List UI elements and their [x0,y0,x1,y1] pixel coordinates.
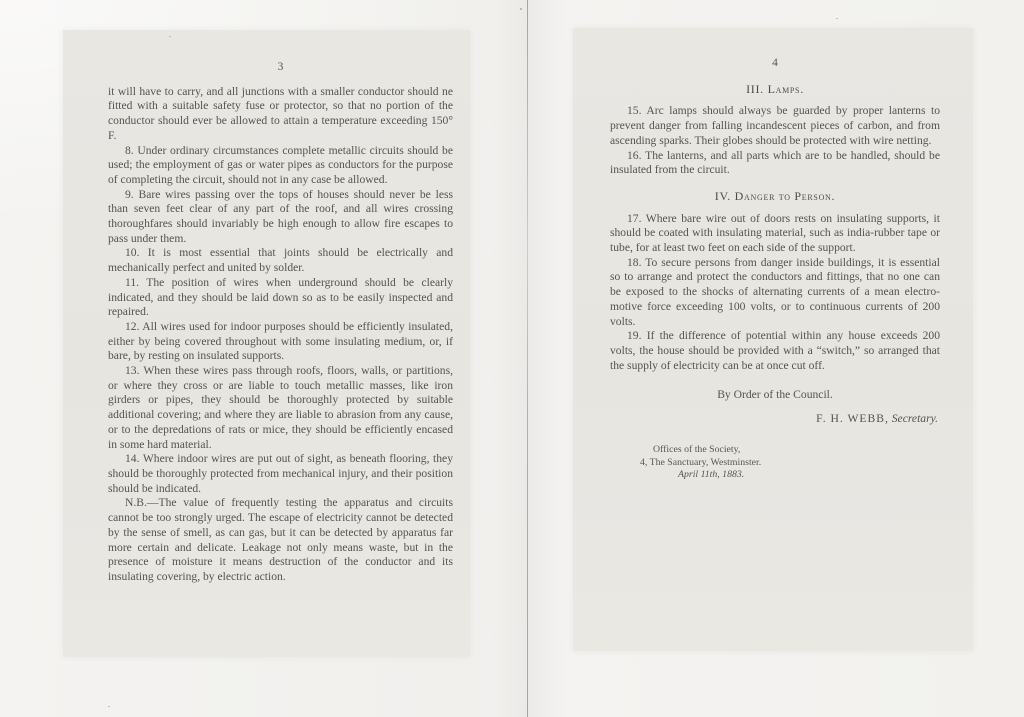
left-page-content: 3 it will have to carry, and all junctio… [63,30,470,585]
paragraph-nota-bene: N.B.—The value of frequently testing the… [108,496,453,584]
section-heading-danger-to-person: IV. Danger to Person. [610,189,940,204]
paragraph-rule-9: 9. Bare wires passing over the tops of h… [108,188,453,247]
paragraph-rule-16: 16. The lanterns, and all parts which ar… [610,149,940,178]
paragraph-rule-11: 11. The position of wires when undergrou… [108,276,453,320]
paragraph-rule-19: 19. If the difference of potential withi… [610,329,940,373]
scan-speck [520,8,522,10]
paragraph-rule-14: 14. Where indoor wires are put out of si… [108,452,453,496]
paragraph-rule-8: 8. Under ordinary circumstances complete… [108,144,453,188]
scan-speck [836,18,838,19]
paragraph-rule-15: 15. Arc lamps should always be guarded b… [610,104,940,148]
scan-speck [108,706,110,707]
signature-name: F. H. WEBB, [816,412,889,425]
paragraph-rule-12: 12. All wires used for indoor purposes s… [108,320,453,364]
left-page: 3 it will have to carry, and all junctio… [63,30,470,657]
paragraph-rule-17: 17. Where bare wire out of doors rests o… [610,212,940,256]
colophon-address-line: 4, The Sanctuary, Westminster. [640,457,940,470]
colophon-date-line: April 11th, 1883. [640,469,940,482]
paragraph-rule-10: 10. It is most essential that joints sho… [108,246,453,275]
signature-line: F. H. WEBB, Secretary. [610,412,938,427]
paragraph-rule-13: 13. When these wires pass through roofs,… [108,364,453,452]
page-fold-line [527,0,528,717]
signature-title: Secretary. [892,412,938,425]
page-number: 4 [610,56,940,71]
colophon: Offices of the Society, 4, The Sanctuary… [640,444,940,482]
paragraph-continuation: it will have to carry, and all junctions… [108,85,453,144]
colophon-office-line: Offices of the Society, [640,444,940,457]
page-number: 3 [108,60,453,75]
page-fold-shadow [488,0,568,717]
right-page-content: 4 III. Lamps. 15. Arc lamps should alway… [573,28,973,482]
right-page: 4 III. Lamps. 15. Arc lamps should alway… [573,28,973,651]
by-order-line: By Order of the Council. [610,388,940,403]
section-heading-lamps: III. Lamps. [610,82,940,97]
paragraph-rule-18: 18. To secure persons from danger inside… [610,256,940,330]
scan-speck [169,36,171,37]
